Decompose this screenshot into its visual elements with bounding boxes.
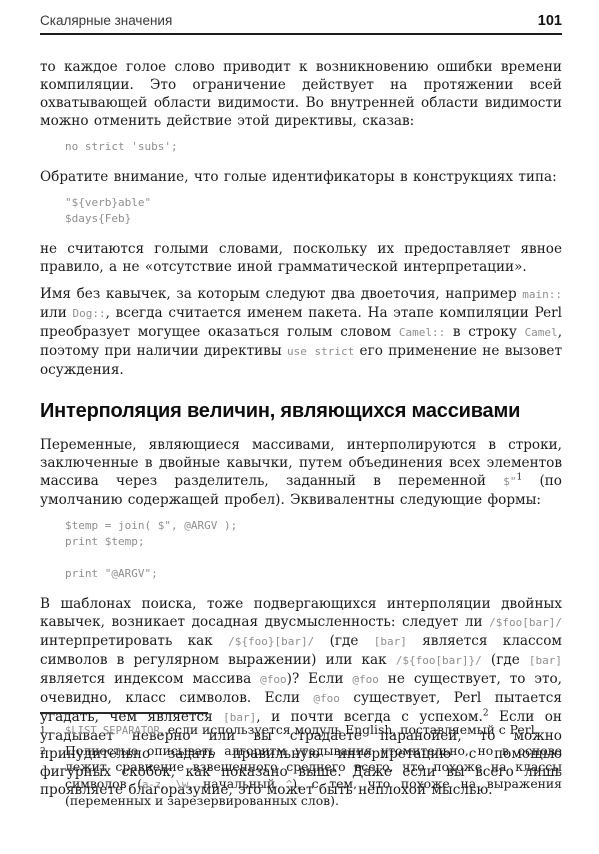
footnote-1-marker: 1 <box>40 722 65 740</box>
code-join-argv: $temp = join( $", @ARGV ); print $temp; … <box>65 518 562 582</box>
inline-code: /${foo}[bar]/ <box>228 635 314 648</box>
paragraph-package-names: Имя без кавычек, за которым следуют два … <box>40 285 562 379</box>
inline-code: [bar] <box>374 635 407 648</box>
inline-code: \w <box>176 779 189 791</box>
inline-code: @foo <box>260 673 287 686</box>
footnote-1: 1 $LIST_SEPARATOR, если используется мод… <box>40 722 562 740</box>
inline-code: [bar] <box>529 654 562 667</box>
footnote-reference: 1 <box>516 472 522 482</box>
book-page: Скалярные значения 101 то каждое голое с… <box>0 0 599 854</box>
code-verb-able-days-feb: "${verb}able" $days{Feb} <box>65 195 562 227</box>
running-header: Скалярные значения 101 <box>40 13 562 35</box>
header-section-title: Скалярные значения <box>40 13 172 28</box>
code-no-strict-subs: no strict 'subs'; <box>65 139 562 155</box>
footnote-2-marker: 2 <box>40 743 65 810</box>
inline-code: $LIST_SEPARATOR <box>65 725 160 737</box>
footnote-2: 2 Полностью описывать алгоритм угадывани… <box>40 743 562 810</box>
inline-code: Camel:: <box>399 326 445 339</box>
inline-code: Camel <box>525 326 558 339</box>
footnote-separator-rule <box>40 712 208 714</box>
section-heading-array-interpolation: Интерполяция величин, являющихся массива… <box>40 400 562 423</box>
inline-code: $" <box>503 475 516 488</box>
page-body: то каждое голое слово приводит к возникн… <box>40 58 562 799</box>
footnotes-section: 1 $LIST_SEPARATOR, если используется мод… <box>40 712 562 813</box>
footnote-2-text: Полностью описывать алгоритм угадывания … <box>65 743 562 810</box>
inline-code: ^ <box>286 779 292 791</box>
inline-code: @foo <box>352 673 379 686</box>
inline-code: /${foo[bar]}/ <box>396 654 482 667</box>
inline-code: /$foo[bar]/ <box>489 616 562 629</box>
inline-code: main:: <box>522 288 562 301</box>
inline-code: @foo <box>313 692 340 705</box>
paragraph-bareword-error: то каждое голое слово приводит к возникн… <box>40 58 562 130</box>
footnote-1-text: $LIST_SEPARATOR, если используется модул… <box>65 722 562 740</box>
header-page-number: 101 <box>538 13 562 29</box>
inline-code: use strict <box>287 345 354 358</box>
inline-code: a-z <box>142 779 161 791</box>
paragraph-array-interpolation: Переменные, являющиеся массивами, интерп… <box>40 436 562 509</box>
paragraph-note-identifiers: Обратите внимание, что голые идентификат… <box>40 168 562 186</box>
paragraph-not-barewords: не считаются голыми словами, поскольку и… <box>40 240 562 276</box>
inline-code: Dog:: <box>73 307 106 320</box>
